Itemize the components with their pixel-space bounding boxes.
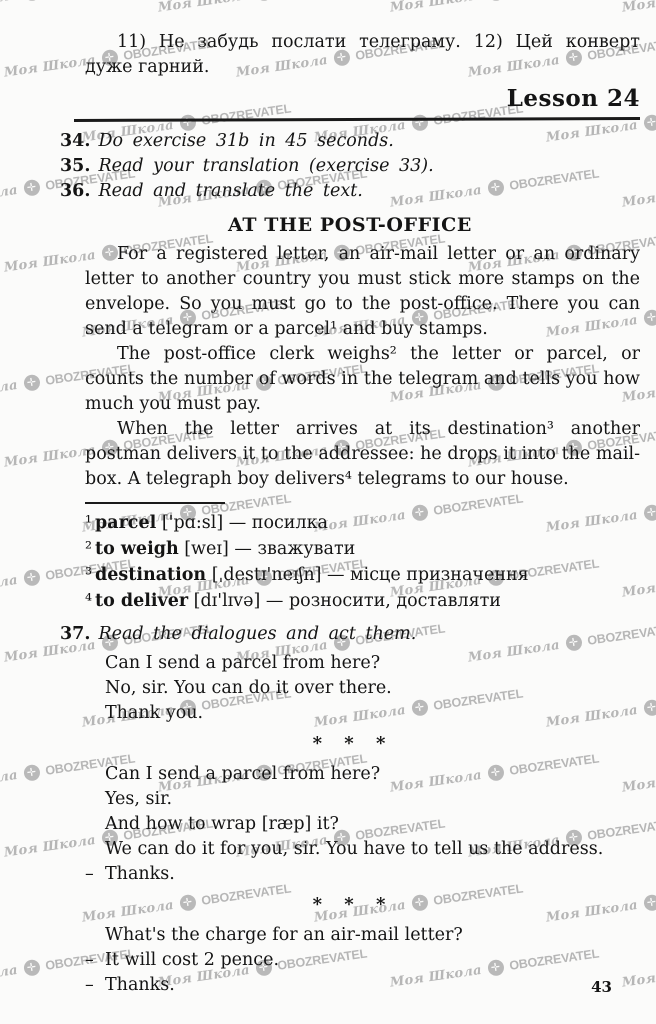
- footnote-marker: ²: [85, 539, 92, 559]
- paragraph-2: The post-office clerk weighs² the letter…: [85, 342, 640, 417]
- scanned-textbook-page: Моя Школа✛OBOZREVATELМоя Школа✛OBOZREVAT…: [0, 0, 656, 1024]
- exercise-text: Read your translation (exercise 33).: [98, 156, 433, 176]
- footnote-translation: [dɪ'lɪvə] — розносити, доставляти: [188, 591, 501, 611]
- footnote-destination: ³destination [ˌdestɪ'neɪʃn] — місце приз…: [85, 562, 640, 588]
- dialogue-text: Can I send a parcel from here?: [105, 764, 380, 784]
- paragraph-3: When the letter arrives at its destinati…: [85, 417, 640, 492]
- exercise-list: 34.Do exercise 31b in 45 seconds. 35.Rea…: [60, 129, 640, 204]
- page-number: 43: [591, 978, 612, 996]
- exercise-36: 36.Read and translate the text.: [60, 179, 640, 204]
- dialogue-dash: –: [85, 973, 105, 998]
- footnote-term: to deliver: [95, 591, 188, 611]
- dialogue-1: Can I send a parcel from here? No, sir. …: [85, 651, 640, 726]
- footnote-translation: [weɪ] — зважувати: [179, 539, 356, 559]
- lesson-heading: Lesson 24: [60, 86, 640, 112]
- dialogue-text: Thanks.: [105, 975, 175, 995]
- exercise-37: 37.Read the dialogues and act them.: [60, 622, 640, 647]
- section-divider-rule: [74, 117, 640, 122]
- dialogue-line: Yes, sir.: [85, 787, 640, 812]
- dialogue-text: Thanks.: [105, 864, 175, 884]
- footnote-to-weigh: ²to weigh [weɪ] — зважувати: [85, 536, 640, 562]
- exercise-text: Read and translate the text.: [98, 181, 362, 201]
- dialogue-text: And how to wrap [ræp] it?: [105, 814, 339, 834]
- paragraph-1: For a registered letter, an air-mail let…: [85, 242, 640, 342]
- dialogue-text: Thank you.: [105, 703, 203, 723]
- footnote-marker: ¹: [85, 513, 92, 533]
- text-title: AT THE POST-OFFICE: [60, 214, 640, 236]
- footnote-translation: [ˌdestɪ'neɪʃn] — місце призначення: [206, 565, 529, 585]
- dialogue-line: Can I send a parcel from here?: [85, 762, 640, 787]
- footnote-translation: ['pɑ:sl] — посилка: [156, 513, 328, 533]
- dialogue-dash: –: [85, 948, 105, 973]
- footnote-parcel: ¹parcel ['pɑ:sl] — посилка: [85, 510, 640, 536]
- footnote-term: destination: [95, 565, 206, 585]
- dialogue-line: We can do it for you, sir. You have to t…: [85, 837, 640, 862]
- dialogue-text: We can do it for you, sir. You have to t…: [105, 839, 603, 859]
- dialogue-2: Can I send a parcel from here? Yes, sir.…: [85, 762, 640, 887]
- dialogue-line: No, sir. You can do it over there.: [85, 676, 640, 701]
- exercise-number: 36.: [60, 181, 90, 201]
- dialogue-line: –It will cost 2 pence.: [85, 948, 640, 973]
- footnote-to-deliver: ⁴to deliver [dɪ'lɪvə] — розносити, доста…: [85, 588, 640, 614]
- dialogue-separator-stars: * * *: [60, 734, 640, 754]
- dialogue-line: And how to wrap [ræp] it?: [85, 812, 640, 837]
- dialogue-line: Can I send a parcel from here?: [85, 651, 640, 676]
- dialogue-text: What's the charge for an air-mail letter…: [105, 925, 463, 945]
- footnote-marker: ⁴: [85, 591, 92, 611]
- exercise-number: 37.: [60, 624, 90, 644]
- exercise-35: 35.Read your translation (exercise 33).: [60, 154, 640, 179]
- exercise-number: 34.: [60, 131, 90, 151]
- dialogue-line: –Thanks.: [85, 973, 640, 998]
- dialogue-text: It will cost 2 pence.: [105, 950, 279, 970]
- page-content: 11) Не забудь послати телеграму. 12) Цей…: [0, 0, 656, 1024]
- dialogue-text: Yes, sir.: [105, 789, 172, 809]
- intro-sentences: 11) Не забудь послати телеграму. 12) Цей…: [85, 30, 640, 80]
- dialogue-3: What's the charge for an air-mail letter…: [85, 923, 640, 998]
- dialogue-line: Thank you.: [85, 701, 640, 726]
- dialogue-separator-stars: * * *: [60, 895, 640, 915]
- footnote-term: parcel: [95, 513, 156, 533]
- exercise-number: 35.: [60, 156, 90, 176]
- dialogue-text: Can I send a parcel from here?: [105, 653, 380, 673]
- footnote-term: to weigh: [95, 539, 179, 559]
- dialogue-text: No, sir. You can do it over there.: [105, 678, 392, 698]
- dialogue-line: What's the charge for an air-mail letter…: [85, 923, 640, 948]
- exercise-text: Do exercise 31b in 45 seconds.: [98, 131, 393, 151]
- footnote-separator-rule: [85, 502, 225, 504]
- exercise-34: 34.Do exercise 31b in 45 seconds.: [60, 129, 640, 154]
- footnote-marker: ³: [85, 565, 92, 585]
- dialogue-line: –Thanks.: [85, 862, 640, 887]
- dialogue-dash: –: [85, 862, 105, 887]
- exercise-text: Read the dialogues and act them.: [98, 624, 416, 644]
